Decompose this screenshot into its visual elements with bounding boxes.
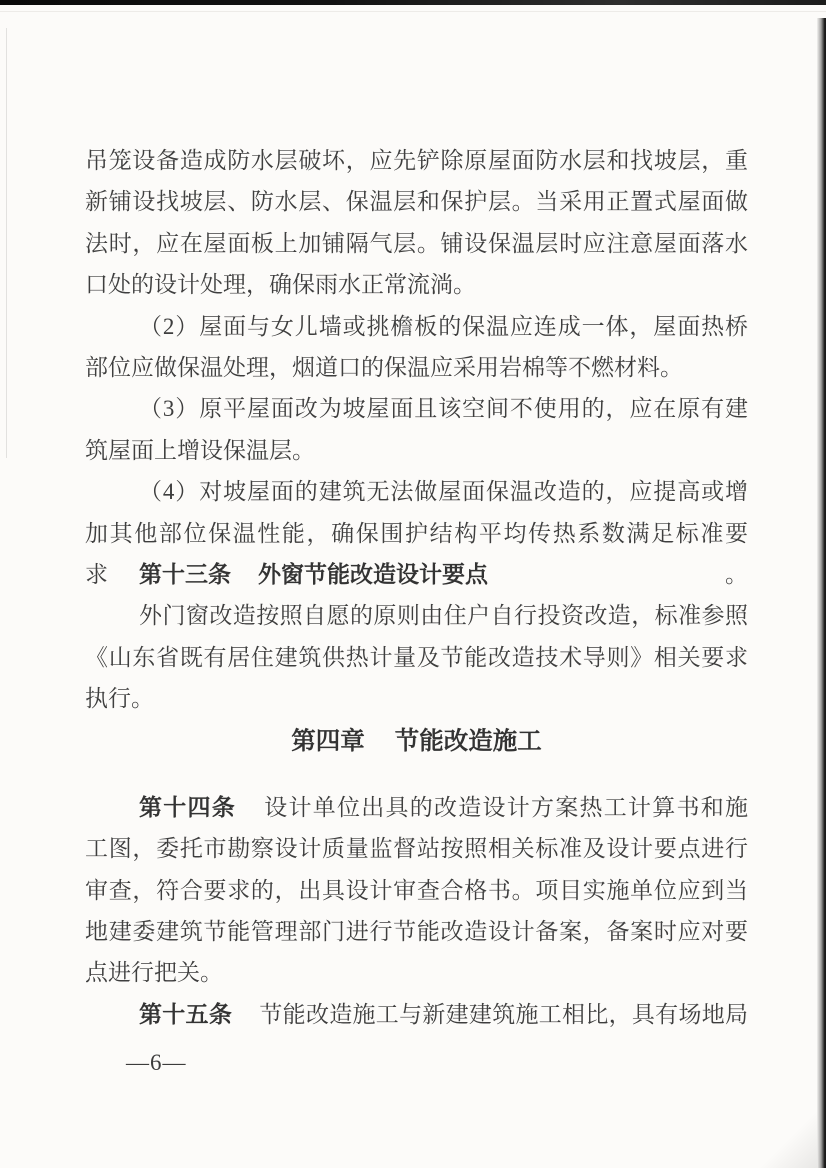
article-14-text: 设计单位出具的改造设计方案热工计算书和施 [263, 795, 748, 820]
page-number: —6— [126, 1049, 187, 1077]
chapter-4-title: 节能改造施工 [395, 728, 542, 755]
scan-edge-right [817, 18, 826, 1168]
article-13-title: 外窗节能改造设计要点 [258, 562, 488, 587]
article-14-first-line: 第十四条设计单位出具的改造设计方案热工计算书和施 [85, 787, 748, 828]
body-line: 法时，应在屋面板上加铺隔气层。铺设保温层时应注意屋面落水 [85, 223, 748, 264]
body-line: 加其他部位保温性能，确保围护结构平均传热系数满足标准要求。 [85, 513, 748, 554]
body-line: （3）原平屋面改为坡屋面且该空间不使用的，应在原有建 [85, 388, 748, 429]
body-line: 部位应做保温处理，烟道口的保温应采用岩棉等不燃材料。 [85, 347, 748, 388]
chapter-4-number: 第四章 [291, 728, 365, 755]
article-13-term: 第十三条 [139, 562, 231, 587]
article-14-term: 第十四条 [139, 795, 236, 820]
chapter-4-heading: 第四章节能改造施工 [85, 721, 748, 762]
body-line: （2）屋面与女儿墙或挑檐板的保温应连成一体，屋面热桥 [85, 306, 748, 347]
scan-line-faint [0, 11, 826, 12]
scan-edge-top [0, 0, 826, 5]
scan-line-left [6, 28, 7, 458]
body-line: 审查，符合要求的，出具设计审查合格书。项目实施单位应到当 [85, 870, 748, 911]
body-line: 吊笼设备造成防水层破坏，应先铲除原屋面防水层和找坡层，重 [85, 140, 748, 181]
body-line: 口处的设计处理，确保雨水正常流淌。 [85, 264, 748, 305]
body-line: 执行。 [85, 678, 748, 719]
scan-shadow-bottom-right [757, 1098, 817, 1168]
document-body: 吊笼设备造成防水层破坏，应先铲除原屋面防水层和找坡层，重 新铺设找坡层、防水层、… [85, 140, 748, 1035]
body-line: 外门窗改造按照自愿的原则由住户自行投资改造，标准参照 [85, 595, 748, 636]
article-15-text: 节能改造施工与新建建筑施工相比，具有场地局 [259, 1002, 748, 1027]
scanned-document-page: { "page_number": "—6—", "body": { "p_roo… [0, 0, 826, 1168]
body-line: 新铺设找坡层、防水层、保温层和保护层。当采用正置式屋面做 [85, 181, 748, 222]
body-line: 点进行把关。 [85, 952, 748, 993]
body-line: 筑屋面上增设保温层。 [85, 430, 748, 471]
body-line: （4）对坡屋面的建筑无法做屋面保温改造的，应提高或增 [85, 471, 748, 512]
article-15-first-line: 第十五条节能改造施工与新建建筑施工相比，具有场地局 [85, 994, 748, 1035]
body-line: 《山东省既有居住建筑供热计量及节能改造技术导则》相关要求 [85, 637, 748, 678]
body-line: 地建委建筑节能管理部门进行节能改造设计备案，备案时应对要 [85, 911, 748, 952]
body-line: 工图，委托市勘察设计质量监督站按照相关标准及设计要点进行 [85, 828, 748, 869]
article-15-term: 第十五条 [139, 1002, 232, 1027]
